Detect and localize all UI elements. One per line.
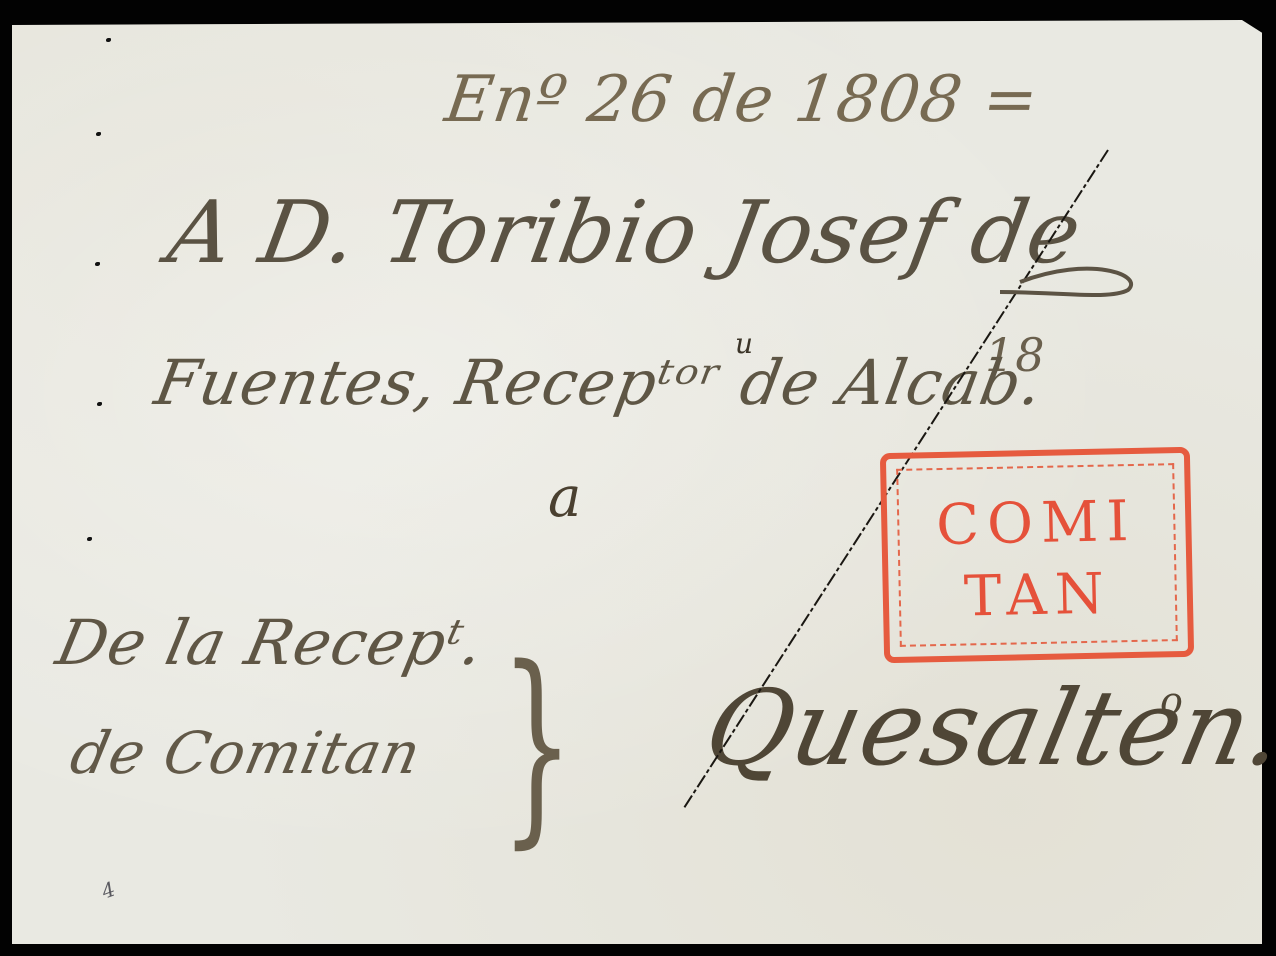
photo-frame: Enº 26 de 1808 = A D. Toribio Josef de u… [0,0,1276,956]
comitan-postmark: COMI TAN [880,447,1194,663]
sender-note-brace: } [500,640,574,850]
address-line-3: a [548,470,582,526]
destination-superscript: o [1160,682,1184,720]
speck-mark [96,132,101,136]
speck-mark [87,537,92,541]
speck-mark [97,402,102,406]
address-line-2: Fuentes, Recepᵗᵒʳ de Alcab. [151,352,1048,414]
speck-mark [95,262,100,266]
address-line-1: A D. Toribio Josef de [162,190,1087,276]
destination-town: Quesalten. [697,676,1276,780]
postmark-line-2: TAN [888,565,1187,627]
speck-mark [106,38,111,42]
sender-note-line-2: de Comitan [66,724,426,782]
sender-note-line-1: De la Recepᵗ. [51,612,489,674]
date-line: Enº 26 de 1808 = [442,68,1043,132]
postmark-line-1: COMI [887,493,1186,555]
